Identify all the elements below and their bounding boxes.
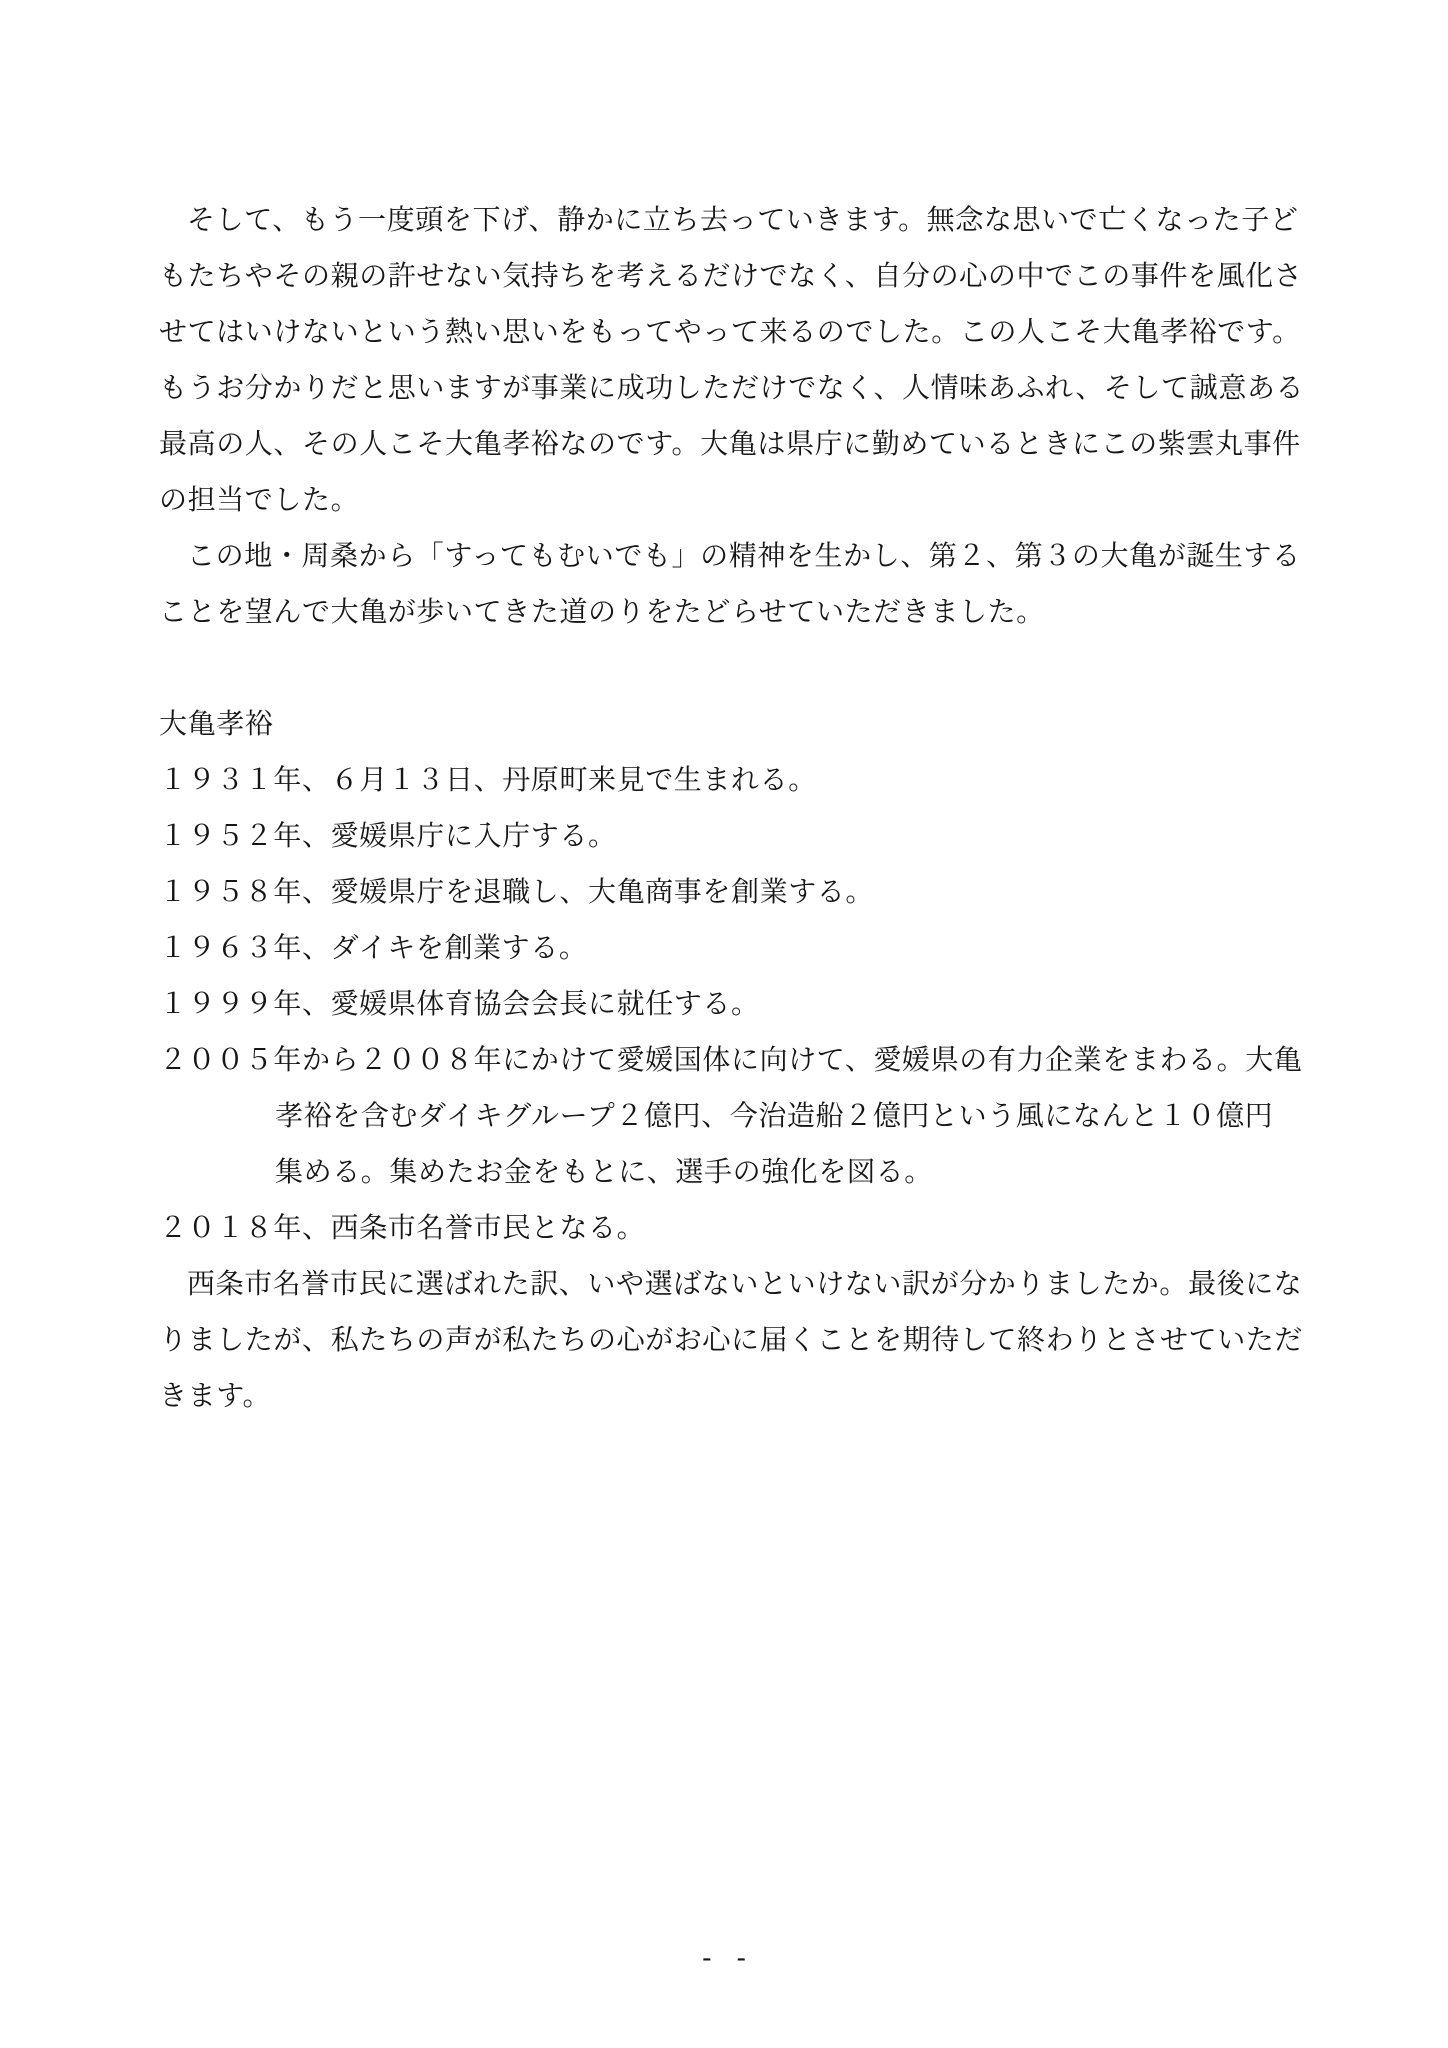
text-line: の担当でした。: [159, 472, 1299, 528]
text-line: 大亀孝裕: [159, 696, 1299, 752]
text-line: [159, 640, 1299, 696]
text-line: １９５２年、愛媛県庁に入庁する。: [159, 808, 1299, 864]
document-page: そして、もう一度頭を下げ、静かに立ち去っていきます。無念な思いで亡くなった子ども…: [0, 0, 1448, 2048]
text-line: もたちやその親の許せない気持ちを考えるだけでなく、自分の心の中でこの事件を風化さ: [159, 248, 1299, 304]
text-line: １９３１年、６月１３日、丹原町来見で生まれる。: [159, 752, 1299, 808]
text-line: ２０１８年、西条市名誉市民となる。: [159, 1200, 1299, 1256]
text-line: ２００５年から２００８年にかけて愛媛国体に向けて、愛媛県の有力企業をまわる。大亀: [159, 1032, 1299, 1088]
page-number-footer: - -: [0, 1938, 1448, 1978]
text-line: 孝裕を含むダイキグループ２億円、今治造船２億円という風になんと１０億円: [159, 1088, 1299, 1144]
text-line: ことを望んで大亀が歩いてきた道のりをたどらせていただきました。: [159, 584, 1299, 640]
text-line: きます。: [159, 1368, 1299, 1424]
text-line: そして、もう一度頭を下げ、静かに立ち去っていきます。無念な思いで亡くなった子ど: [159, 192, 1299, 248]
text-line: この地・周桑から「すってもむいでも」の精神を生かし、第２、第３の大亀が誕生する: [159, 528, 1299, 584]
text-line: 最高の人、その人こそ大亀孝裕なのです。大亀は県庁に勤めているときにこの紫雲丸事件: [159, 416, 1299, 472]
text-line: １９６３年、ダイキを創業する。: [159, 920, 1299, 976]
document-text-body: そして、もう一度頭を下げ、静かに立ち去っていきます。無念な思いで亡くなった子ども…: [159, 192, 1299, 1424]
text-line: １９９９年、愛媛県体育協会会長に就任する。: [159, 976, 1299, 1032]
text-line: もうお分かりだと思いますが事業に成功しただけでなく、人情味あふれ、そして誠意ある: [159, 360, 1299, 416]
text-line: 西条市名誉市民に選ばれた訳、いや選ばないといけない訳が分かりましたか。最後にな: [159, 1256, 1299, 1312]
text-line: １９５８年、愛媛県庁を退職し、大亀商事を創業する。: [159, 864, 1299, 920]
text-line: 集める。集めたお金をもとに、選手の強化を図る。: [159, 1144, 1299, 1200]
text-line: せてはいけないという熱い思いをもってやって来るのでした。この人こそ大亀孝裕です。: [159, 304, 1299, 360]
text-line: りましたが、私たちの声が私たちの心がお心に届くことを期待して終わりとさせていただ: [159, 1312, 1299, 1368]
